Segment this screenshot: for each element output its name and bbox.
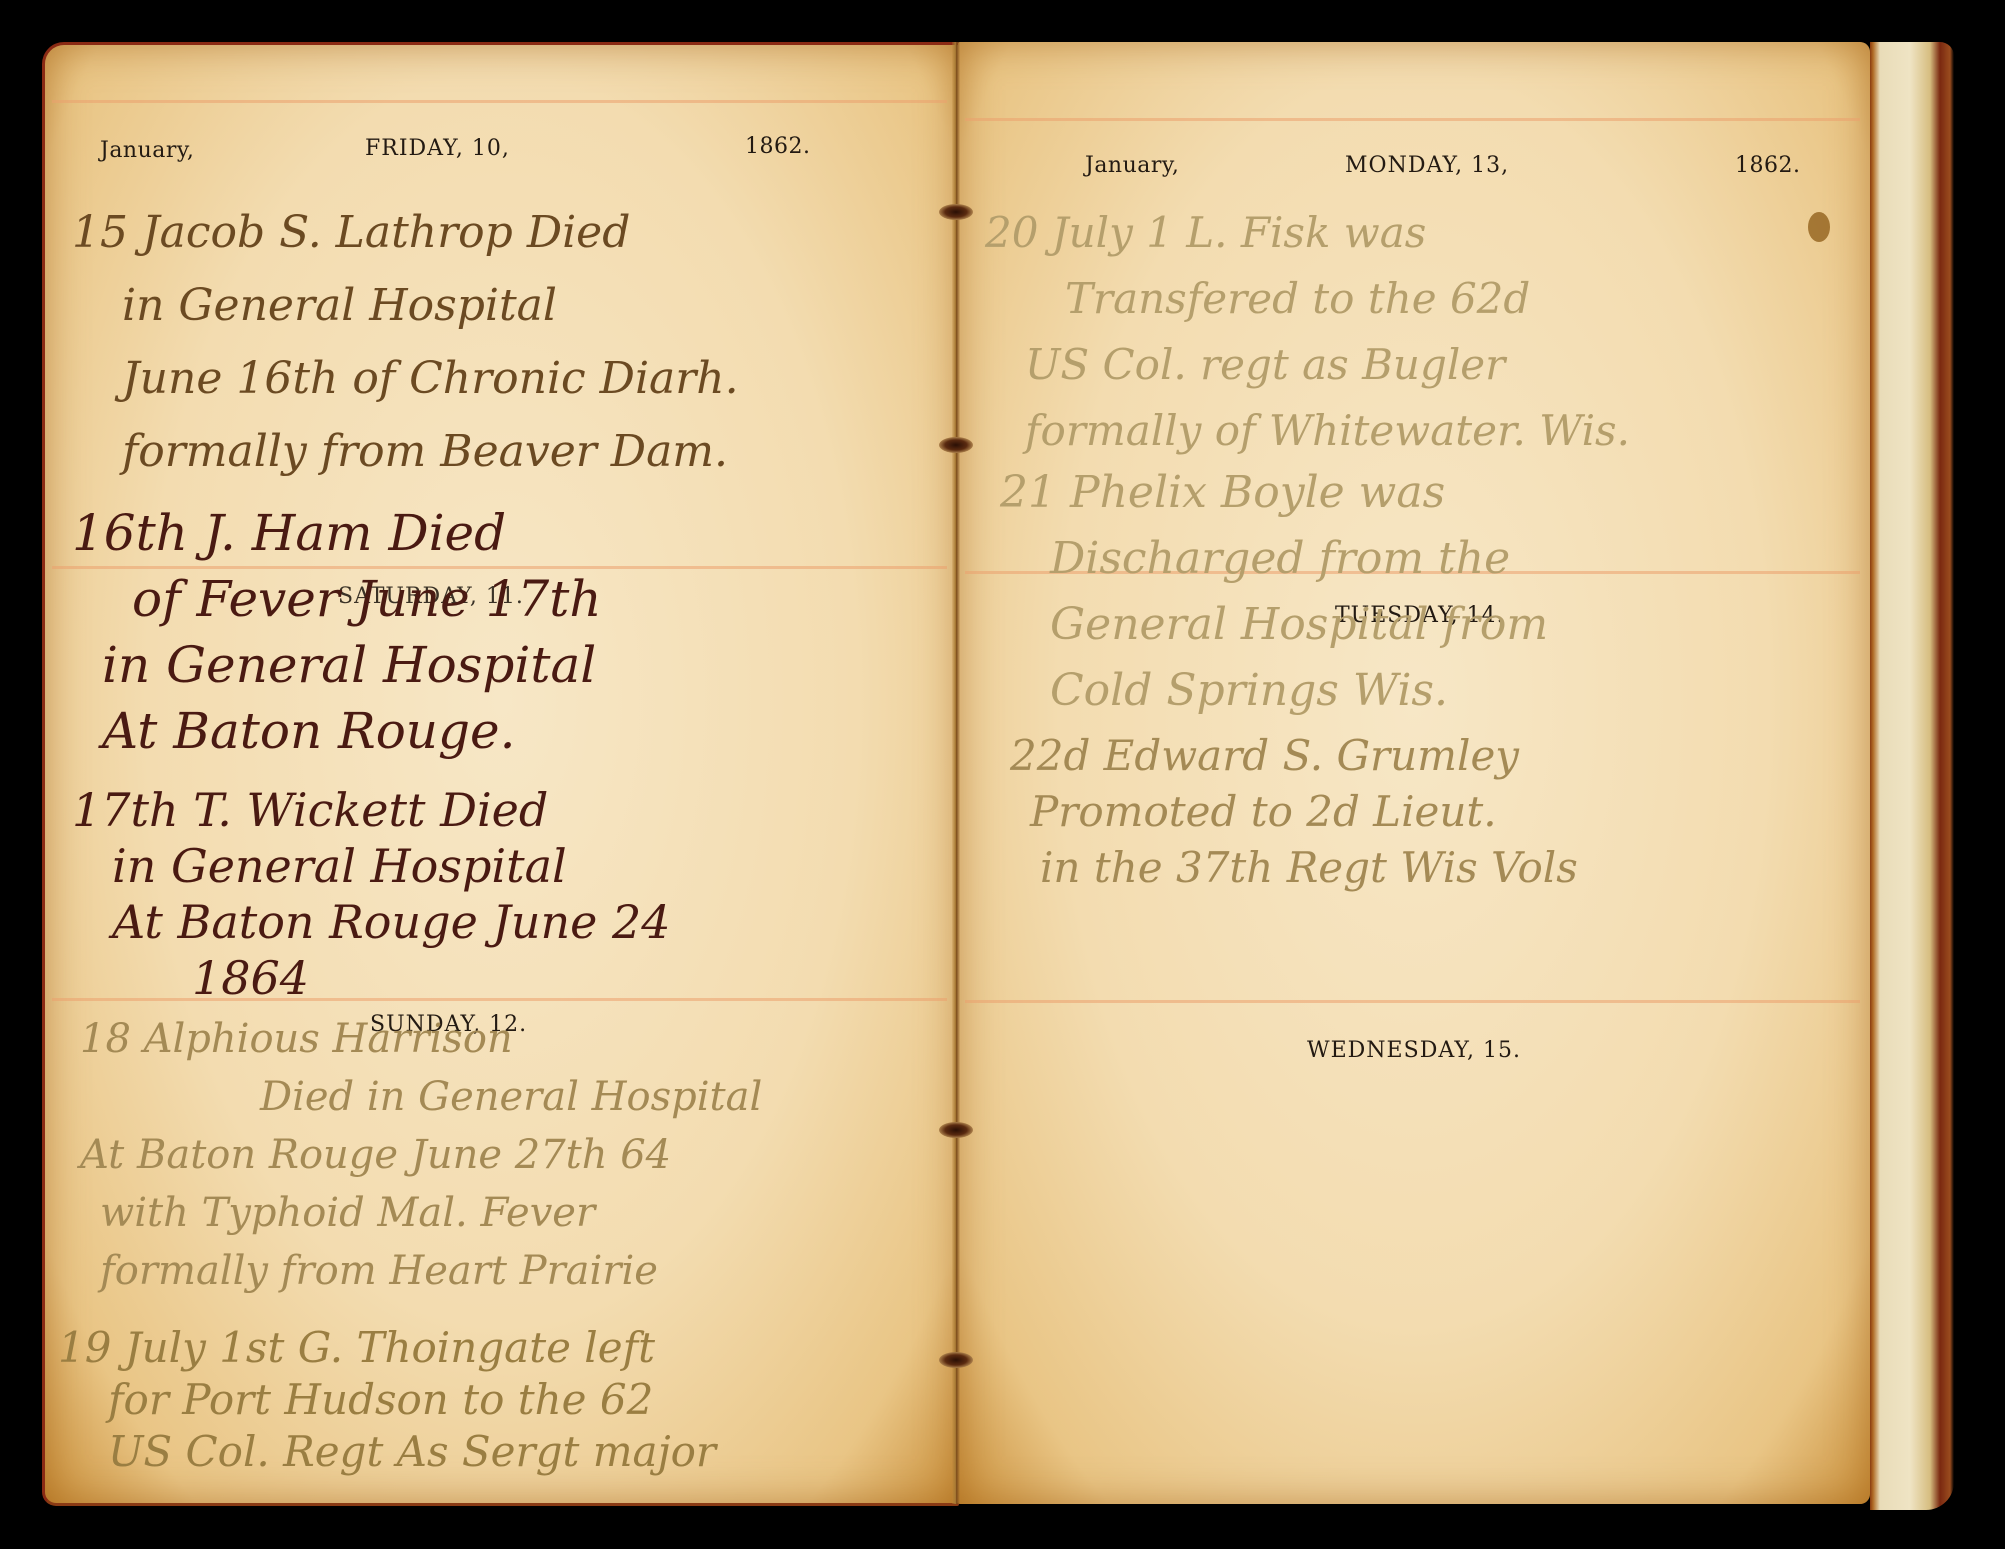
rule-line: [965, 1000, 1860, 1003]
header-year: 1862.: [745, 134, 810, 159]
entry-line: 18 Alphious Harrison: [80, 1010, 762, 1068]
binding-hole: [939, 1352, 973, 1368]
entry-line: 22d Edward S. Grumley: [1010, 728, 1578, 784]
entry-line: of Fever June 17th: [72, 566, 602, 632]
ink-stain: [1808, 212, 1830, 242]
diary-entry: 21 Phelix Boyle was Discharged from the …: [1000, 460, 1548, 724]
diary-entry: 18 Alphious Harrison Died in General Hos…: [80, 1010, 762, 1300]
entry-line: Promoted to 2d Lieut.: [1010, 784, 1578, 840]
entry-line: At Baton Rouge June 24: [72, 894, 671, 950]
diary-entry: 17th T. Wickett Died in General Hospital…: [72, 782, 671, 1006]
entry-line: Died in General Hospital: [80, 1068, 762, 1126]
entry-line: US Col. regt as Bugler: [985, 332, 1630, 398]
entry-line: formally of Whitewater. Wis.: [985, 398, 1630, 464]
entry-line: formally from Heart Prairie: [80, 1242, 762, 1300]
binding-hole: [939, 437, 973, 453]
entry-line: Discharged from the: [1000, 526, 1548, 592]
diary-entry: 19 July 1st G. Thoingate left for Port H…: [58, 1322, 716, 1478]
entry-line: General Hospital from: [1000, 592, 1548, 658]
section-day-wednesday: WEDNESDAY, 15.: [1307, 1038, 1521, 1063]
entry-line: 16th J. Ham Died: [72, 500, 602, 566]
header-day: FRIDAY, 10,: [365, 136, 510, 161]
binding-hole: [939, 204, 973, 220]
page-edges: [1870, 42, 1954, 1510]
entry-line: Cold Springs Wis.: [1000, 658, 1548, 724]
entry-line: in General Hospital: [72, 632, 602, 698]
entry-line: in General Hospital: [72, 838, 671, 894]
rule-line: [965, 118, 1860, 121]
entry-line: At Baton Rouge.: [72, 698, 602, 764]
entry-line: 21 Phelix Boyle was: [1000, 460, 1548, 526]
entry-line: US Col. Regt As Sergt major: [58, 1426, 716, 1478]
entry-line: June 16th of Chronic Diarh.: [72, 342, 739, 415]
rule-line: [52, 100, 947, 103]
entry-line: 15 Jacob S. Lathrop Died: [72, 196, 739, 269]
diary-entry: 22d Edward S. Grumley Promoted to 2d Lie…: [1010, 728, 1578, 896]
binding-hole: [939, 1122, 973, 1138]
entry-line: 17th T. Wickett Died: [72, 782, 671, 838]
header-year: 1862.: [1735, 153, 1800, 178]
entry-line: in General Hospital: [72, 269, 739, 342]
header-month: January,: [100, 138, 194, 163]
entry-line: 20 July 1 L. Fisk was: [985, 200, 1630, 266]
entry-line: with Typhoid Mal. Fever: [80, 1184, 762, 1242]
entry-line: in the 37th Regt Wis Vols: [1010, 840, 1578, 896]
entry-line: 1864: [72, 950, 671, 1006]
header-month: January,: [1085, 153, 1179, 178]
diary-entry: 20 July 1 L. Fisk was Transfered to the …: [985, 200, 1630, 464]
entry-line: Transfered to the 62d: [985, 266, 1630, 332]
header-day: MONDAY, 13,: [1345, 153, 1509, 178]
diary-entry: 16th J. Ham Died of Fever June 17th in G…: [72, 500, 602, 764]
entry-line: formally from Beaver Dam.: [72, 415, 739, 488]
diary-entry: 15 Jacob S. Lathrop Died in General Hosp…: [72, 196, 739, 488]
entry-line: At Baton Rouge June 27th 64: [80, 1126, 762, 1184]
entry-line: 19 July 1st G. Thoingate left: [58, 1322, 716, 1374]
entry-line: for Port Hudson to the 62: [58, 1374, 716, 1426]
book-spine: [952, 42, 960, 1504]
